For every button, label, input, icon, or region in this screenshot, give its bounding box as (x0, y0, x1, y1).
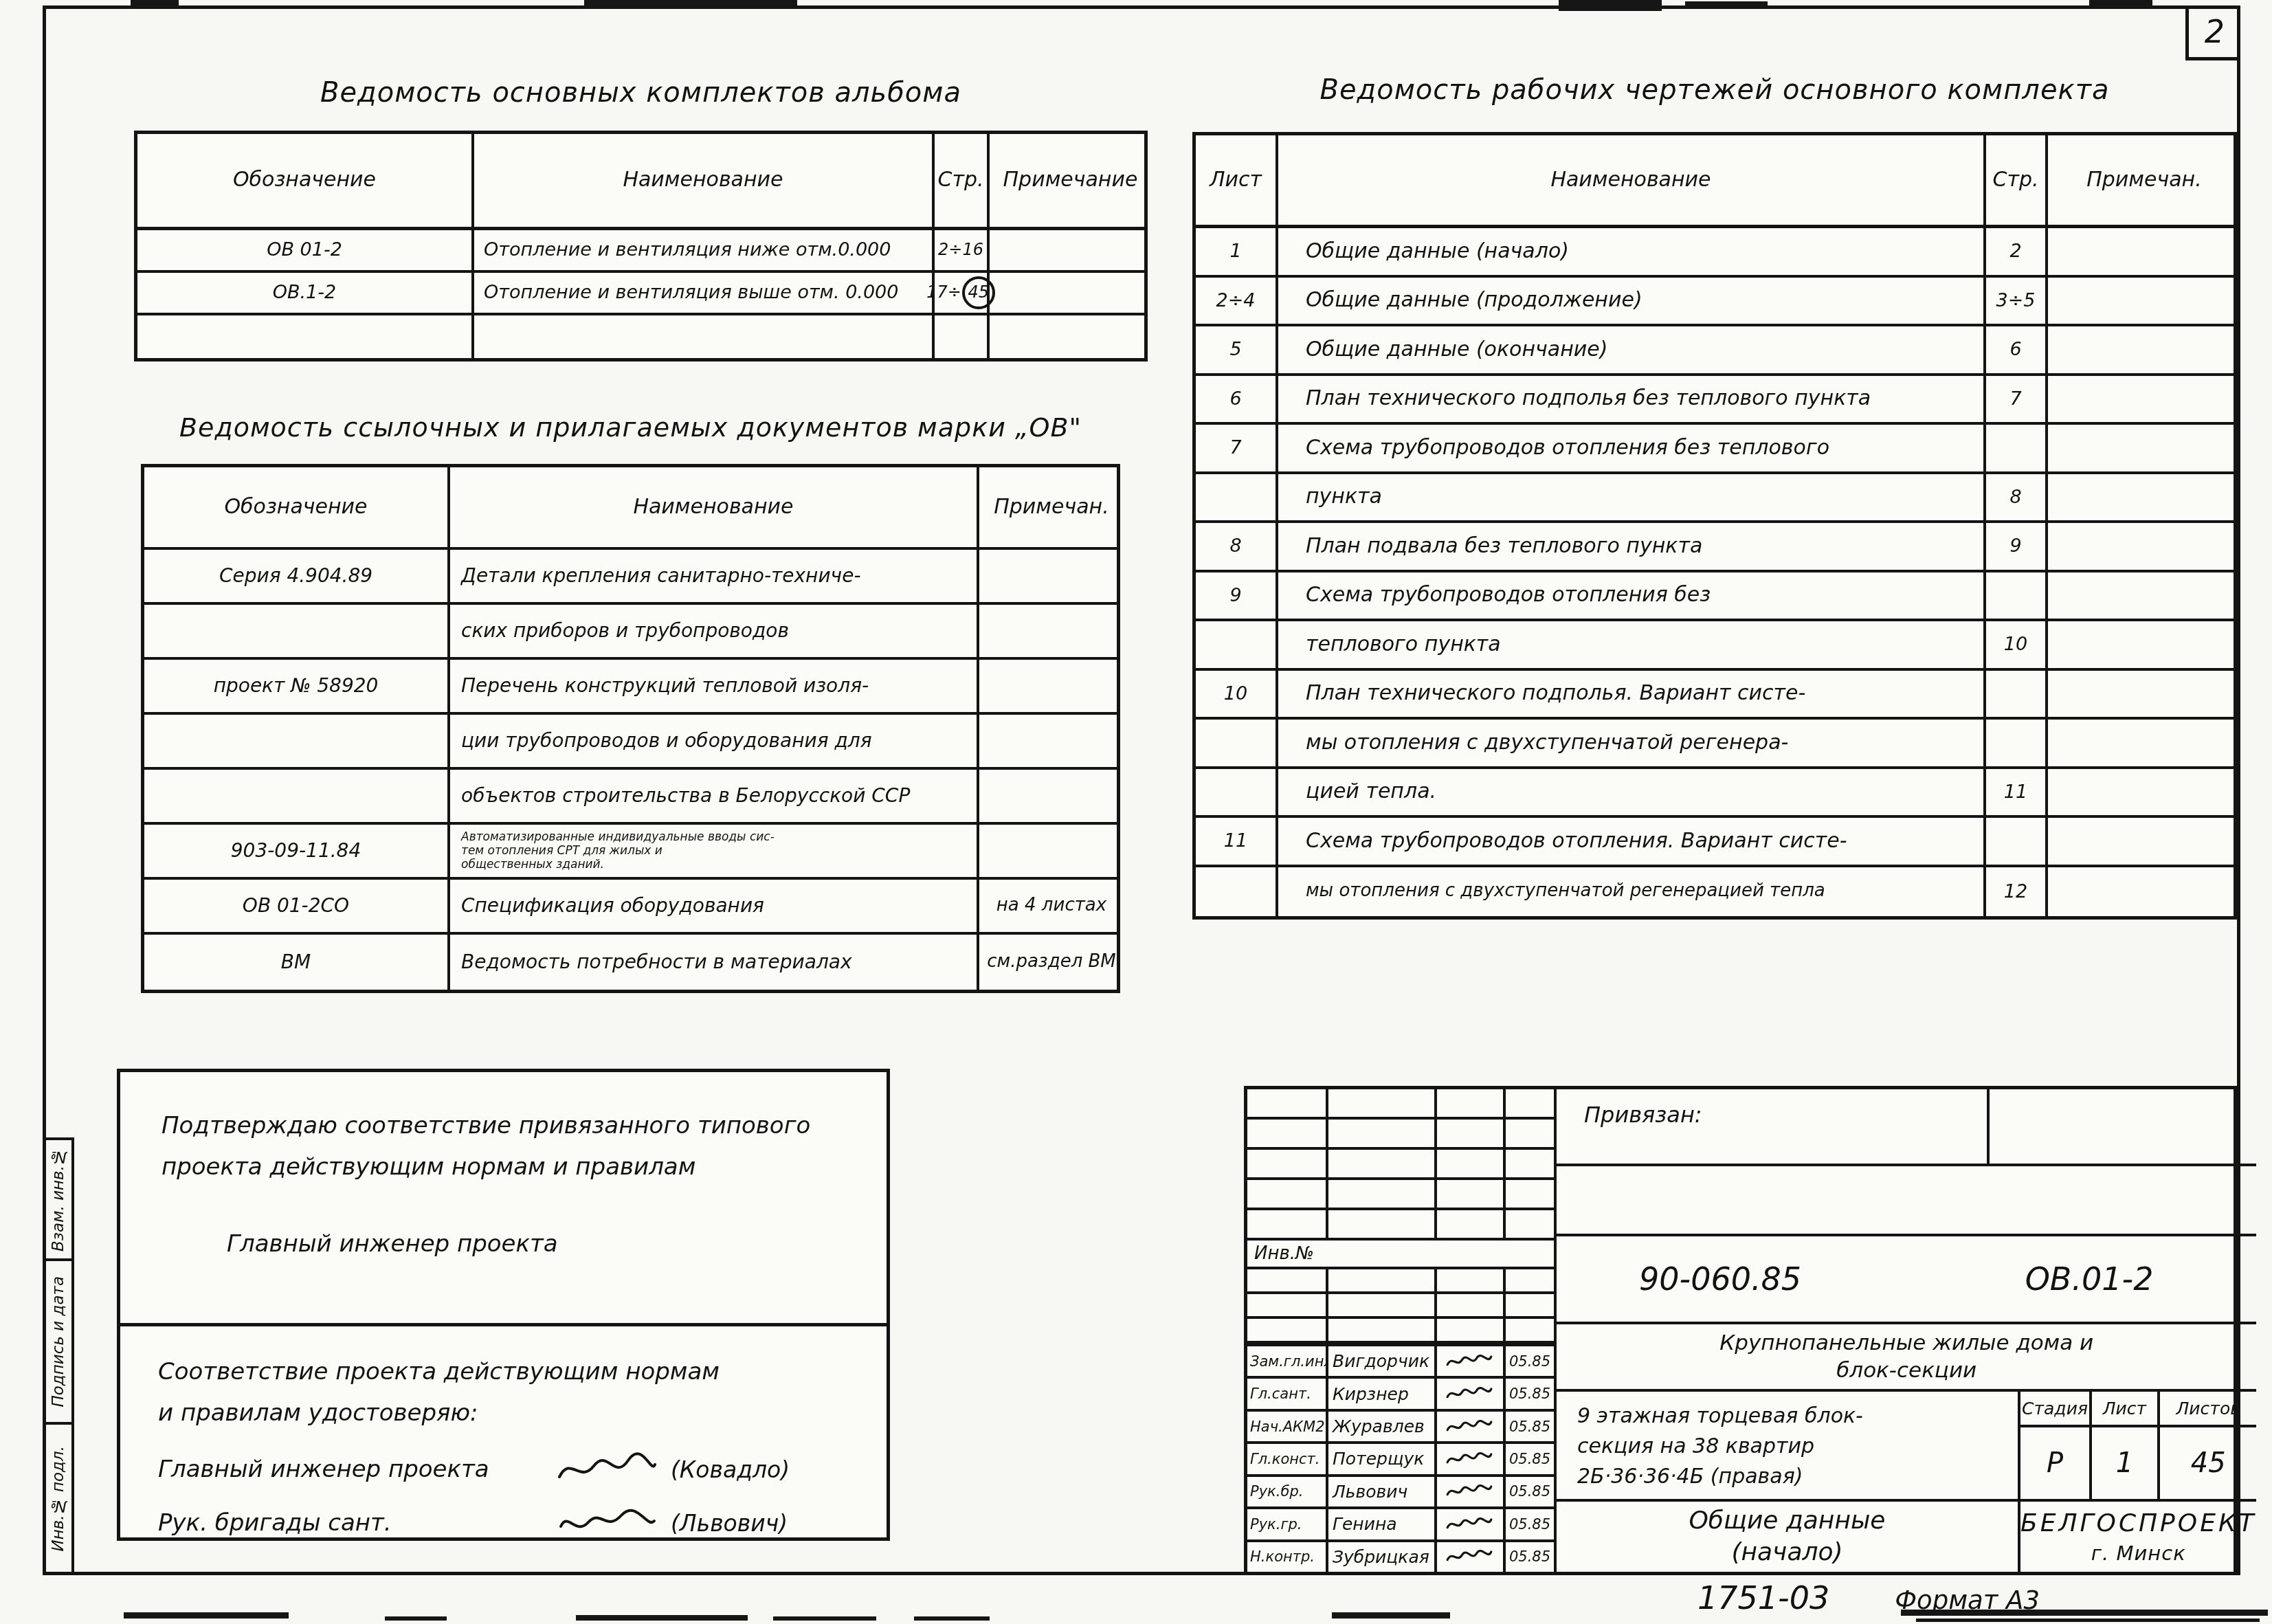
title-block-left-grid: Инв.№ Зам.гл.инж. Вигдорчик 05.85 Гл.сан… (1247, 1089, 1557, 1572)
album-table: Обозначение Наименование Стр. Примечание… (134, 131, 1148, 361)
cell-note (990, 315, 1151, 358)
column-header-page: Стр. (1986, 135, 2048, 225)
cell-list (1196, 474, 1278, 521)
cell-pages (935, 315, 990, 358)
cell-note (979, 550, 1124, 602)
table-row: 6 План технического подполья без теплово… (1196, 376, 2234, 425)
page-number: 2 (2205, 13, 2225, 50)
frame-side-strip: Взам. инв.№ Подпись и дата Инв.№ подл. (43, 1137, 74, 1575)
stage-value: Р (2020, 1427, 2092, 1499)
signature-cell (1437, 1444, 1506, 1473)
table-row: ВМ Ведомость потребности в материалах см… (144, 935, 1117, 990)
attestation-role: Рук. бригады сант. (158, 1509, 543, 1537)
column-header-name: Наименование (450, 467, 979, 547)
table-row (137, 315, 1144, 358)
cell-list (1196, 769, 1278, 816)
cell-designation: проект № 58920 (144, 660, 450, 712)
scan-artifact (1559, 0, 1662, 11)
cell-designation: 903-09-11.84 (144, 825, 450, 877)
cell-note (2048, 720, 2240, 766)
working-table-header: Лист Наименование Стр. Примечан. (1196, 135, 2234, 228)
table-row: ОВ 01-2СО Спецификация оборудования на 4… (144, 880, 1117, 935)
signature-cell (1437, 1379, 1506, 1408)
table-row: ских приборов и трубопроводов (144, 605, 1117, 660)
signature-line: Главный инженер проекта (Ковадло) (158, 1451, 856, 1487)
column-header-note: Примечан. (979, 467, 1124, 547)
signature-role: Рук.гр. (1247, 1509, 1328, 1539)
cell-designation (144, 605, 450, 657)
cell-note (2048, 278, 2240, 324)
cell-page (1986, 572, 2048, 619)
table-row: цией тепла. 11 (1196, 769, 2234, 819)
inventory-number-label: Инв.№ (1247, 1241, 1554, 1269)
cell-page (1986, 425, 2048, 471)
cell-designation: Серия 4.904.89 (144, 550, 450, 602)
table-row: 10 План технического подполья. Вариант с… (1196, 671, 2234, 720)
signature-cell (1437, 1509, 1506, 1539)
cell-name: План подвала без теплового пункта (1278, 523, 1986, 570)
revision-grid (1247, 1089, 1554, 1241)
cell-note (2048, 425, 2240, 471)
cell-note (990, 273, 1151, 313)
table-row: ОВ 01-2 Отопление и вентиляция ниже отм.… (137, 230, 1144, 273)
cell-name: объектов строительства в Белорусской ССР (450, 770, 979, 822)
object-line: 2Б·36·36·4Б (правая) (1577, 1462, 2018, 1492)
empty-row (1557, 1166, 2256, 1236)
signature-line: Рук. бригады сант. (Львович) (158, 1505, 856, 1541)
working-table: Лист Наименование Стр. Примечан. 1 Общие… (1192, 132, 2237, 920)
organization-name: БЕЛГОСПРОЕКТ (2020, 1509, 2256, 1537)
album-table-title: Ведомость основных комплектов альбома (134, 77, 1148, 109)
table-row: проект № 58920 Перечень конструкций тепл… (144, 660, 1117, 715)
strip-cell: Подпись и дата (45, 1258, 71, 1425)
signature-row: Гл.сант. Кирзнер 05.85 (1247, 1376, 1554, 1408)
project-title-line: блок-секции (1836, 1357, 1976, 1384)
sheet-label: Лист (2092, 1392, 2160, 1425)
working-table-rows: 1 Общие данные (начало) 2 2÷4 Общие данн… (1196, 228, 2234, 916)
scan-artifact (131, 0, 179, 8)
cell-name: Схема трубопроводов отопления. Вариант с… (1278, 818, 1986, 865)
handwritten-signature-icon (1440, 1385, 1499, 1403)
cell-pages: 17÷45 (935, 273, 990, 313)
column-header-list: Лист (1196, 135, 1278, 225)
cell-designation: ОВ.1-2 (137, 273, 474, 313)
table-row: мы отопления с двухступенчатой регенера- (1196, 720, 2234, 769)
table-row: мы отопления с двухступенчатой регенерац… (1196, 867, 2234, 917)
cell-list: 9 (1196, 572, 1278, 619)
strip-cell: Инв.№ подл. (45, 1425, 71, 1572)
handwritten-signature-icon (555, 1505, 658, 1541)
signature-date: 05.85 (1506, 1346, 1554, 1376)
signature-date: 05.85 (1506, 1444, 1554, 1473)
attestation-text: Соответствие проекта действующим нормам (158, 1351, 856, 1392)
attached-row: Привязан: (1557, 1089, 2256, 1166)
table-row: 903-09-11.84 Автоматизированные индивиду… (144, 825, 1117, 880)
handwritten-signature-icon (1440, 1450, 1499, 1468)
album-table-header: Обозначение Наименование Стр. Примечание (137, 134, 1144, 230)
cell-page (1986, 671, 2048, 718)
stage-sheet-block: Стадия Лист Листов Р 1 45 (2020, 1392, 2256, 1499)
signature-role: Гл.конст. (1247, 1444, 1328, 1473)
cell-name: Перечень конструкций тепловой изоля- (450, 660, 979, 712)
signature-cell (1437, 1542, 1506, 1572)
signature-role: Зам.гл.инж. (1247, 1346, 1328, 1376)
cell-page: 2 (1986, 228, 2048, 275)
document-number: 90-060.85 (1639, 1260, 1801, 1298)
name-line: ских приборов и трубопроводов (461, 620, 789, 642)
name-line: Ведомость потребности в материалах (461, 951, 852, 973)
project-title-row: Крупнопанельные жилые дома и блок-секции (1557, 1324, 2256, 1392)
cell-page: 10 (1986, 621, 2048, 668)
cell-name: Отопление и вентиляция выше отм. 0.000 (474, 273, 935, 313)
object-line: 9 этажная торцевая блок- (1577, 1401, 2018, 1432)
table-row: 8 План подвала без теплового пункта 9 (1196, 523, 2234, 572)
cell-list (1196, 867, 1278, 917)
signature-date: 05.85 (1506, 1379, 1554, 1408)
column-header-page: Стр. (935, 134, 990, 227)
cell-list: 8 (1196, 523, 1278, 570)
cell-note (979, 770, 1124, 822)
cell-note (979, 715, 1124, 767)
scan-artifact (576, 1615, 748, 1621)
cell-name: План технического подполья без теплового… (1278, 376, 1986, 423)
cell-designation (137, 315, 474, 358)
attached-label: Привязан: (1557, 1089, 1990, 1164)
title-block-right: Привязан: 90-060.85 ОВ.01-2 Крупнопанель… (1557, 1089, 2256, 1572)
sheet-title-line: (начало) (1731, 1537, 1842, 1568)
strip-label: Взам. инв.№ (49, 1148, 67, 1252)
cell-designation: ОВ 01-2СО (144, 880, 450, 932)
organization: БЕЛГОСПРОЕКТ г. Минск (2020, 1502, 2256, 1572)
footer-code: 1751-03 (1697, 1579, 1829, 1616)
table-row: теплового пункта 10 (1196, 621, 2234, 671)
attestation-box-2: Соответствие проекта действующим нормам … (117, 1326, 890, 1541)
signature-row: Зам.гл.инж. Вигдорчик 05.85 (1247, 1344, 1554, 1376)
signature-cell (1437, 1346, 1506, 1376)
scan-artifact (1901, 1610, 2268, 1616)
cell-name: Детали крепления санитарно-техниче- (450, 550, 979, 602)
column-header-name: Наименование (1278, 135, 1986, 225)
cell-page: 6 (1986, 326, 2048, 373)
cell-list (1196, 621, 1278, 668)
handwritten-signature-icon (1440, 1515, 1499, 1533)
attestation-text: и правилам удостоверяю: (158, 1392, 856, 1434)
strip-label: Подпись и дата (49, 1276, 67, 1408)
table-row: 5 Общие данные (окончание) 6 (1196, 326, 2234, 376)
sheet-title-row: Общие данные (начало) БЕЛГОСПРОЕКТ г. Ми… (1557, 1502, 2256, 1572)
cell-note (2048, 671, 2240, 718)
signature-name: Вигдорчик (1328, 1346, 1437, 1376)
cell-page (1986, 720, 2048, 766)
cell-list: 1 (1196, 228, 1278, 275)
cell-note (2048, 818, 2240, 865)
signature-row: Рук.бр. Львович 05.85 (1247, 1474, 1554, 1506)
handwritten-signature-icon (1440, 1418, 1499, 1436)
cell-designation: ОВ 01-2 (137, 230, 474, 270)
column-header-name: Наименование (474, 134, 935, 227)
table-row: 7 Схема трубопроводов отопления без тепл… (1196, 425, 2234, 474)
scan-artifact (1916, 1619, 2260, 1622)
handwritten-signature-icon (555, 1451, 658, 1487)
sheets-label: Листов (2160, 1392, 2256, 1425)
cell-name: Схема трубопроводов отопления без теплов… (1278, 425, 1986, 471)
cell-name: Ведомость потребности в материалах (450, 935, 979, 990)
cell-page: 12 (1986, 867, 2048, 917)
name-line: объектов строительства в Белорусской ССР (461, 785, 910, 807)
attestation-role: Главный инженер проекта (158, 1456, 543, 1483)
attestation-box-1: Подтверждаю соответствие привязанного ти… (117, 1069, 890, 1326)
signature-name: Кирзнер (1328, 1379, 1437, 1408)
cell-name: Общие данные (окончание) (1278, 326, 1986, 373)
stage-label: Стадия (2020, 1392, 2092, 1425)
scan-artifact (124, 1612, 289, 1619)
cell-name (474, 315, 935, 358)
strip-cell: Взам. инв.№ (45, 1140, 71, 1258)
page-number-box: 2 (2185, 5, 2240, 60)
object-description: 9 этажная торцевая блок- секция на 38 кв… (1557, 1392, 2020, 1499)
name-line: ции трубопроводов и оборудования для (461, 730, 872, 752)
signature-role: Нач.АКМ2 (1247, 1412, 1328, 1441)
signature-name: Генина (1328, 1509, 1437, 1539)
cell-note (2048, 769, 2240, 816)
table-row: ции трубопроводов и оборудования для (144, 715, 1117, 770)
cell-designation: ВМ (144, 935, 450, 990)
table-row: 9 Схема трубопроводов отопления без (1196, 572, 2234, 622)
cell-note (2048, 621, 2240, 668)
cell-name: План технического подполья. Вариант сист… (1278, 671, 1986, 718)
cell-designation (144, 770, 450, 822)
ref-table: Обозначение Наименование Примечан. Серия… (141, 464, 1120, 993)
scan-artifact (385, 1616, 447, 1621)
cell-name: ции трубопроводов и оборудования для (450, 715, 979, 767)
signature-row: Рук.гр. Генина 05.85 (1247, 1506, 1554, 1539)
cell-list: 11 (1196, 818, 1278, 865)
title-block: Инв.№ Зам.гл.инж. Вигдорчик 05.85 Гл.сан… (1244, 1086, 2237, 1575)
name-line: Детали крепления санитарно-техниче- (461, 565, 860, 587)
cell-note (2048, 867, 2240, 917)
signature-date: 05.85 (1506, 1542, 1554, 1572)
cell-page: 11 (1986, 769, 2048, 816)
cell-page: 8 (1986, 474, 2048, 521)
attestation-role: Главный инженер проекта (162, 1230, 849, 1258)
table-row: 2÷4 Общие данные (продолжение) 3÷5 (1196, 278, 2234, 327)
column-header-note: Примечан. (2048, 135, 2240, 225)
cell-note (2048, 376, 2240, 423)
object-line: секция на 38 квартир (1577, 1432, 2018, 1462)
cell-name: мы отопления с двухступенчатой регенера- (1278, 720, 1986, 766)
column-header-designation: Обозначение (137, 134, 474, 227)
ref-table-title: Ведомость ссылочных и прилагаемых докуме… (141, 412, 1120, 443)
cell-list: 7 (1196, 425, 1278, 471)
handwritten-signature-icon (1440, 1548, 1499, 1566)
strip-label: Инв.№ подл. (49, 1446, 67, 1551)
stage-sheet-header: Стадия Лист Листов (2020, 1392, 2256, 1427)
cell-pages: 2÷16 (935, 230, 990, 270)
handwritten-signature-icon (1440, 1353, 1499, 1370)
signature-row: Гл.конст. Потерщук 05.85 (1247, 1441, 1554, 1473)
signature-row: Н.контр. Зубрицкая 05.85 (1247, 1539, 1554, 1572)
sheet-title: Общие данные (начало) (1557, 1502, 2020, 1572)
table-row: ОВ.1-2 Отопление и вентиляция выше отм. … (137, 273, 1144, 315)
sheets-value: 45 (2160, 1427, 2256, 1499)
signature-role: Гл.сант. (1247, 1379, 1328, 1408)
scan-artifact (2089, 0, 2152, 8)
cell-note (979, 605, 1124, 657)
table-row: Серия 4.904.89 Детали крепления санитарн… (144, 550, 1117, 605)
pages-prefix: 17÷ (926, 283, 961, 302)
cell-page: 7 (1986, 376, 2048, 423)
cell-name: ских приборов и трубопроводов (450, 605, 979, 657)
scan-artifact (1332, 1612, 1450, 1619)
signature-name: Журавлев (1328, 1412, 1437, 1441)
cell-name: Отопление и вентиляция ниже отм.0.000 (474, 230, 935, 270)
document-code: ОВ.01-2 (2025, 1260, 2154, 1298)
cell-note (2048, 474, 2240, 521)
cell-name: Общие данные (начало) (1278, 228, 1986, 275)
sheet-title-line: Общие данные (1689, 1505, 1885, 1537)
cell-name: цией тепла. (1278, 769, 1986, 816)
cell-note: см.раздел ВМ (979, 935, 1124, 990)
cell-list (1196, 720, 1278, 766)
signature-date: 05.85 (1506, 1412, 1554, 1441)
name-line: Автоматизированные индивидуальные вводы … (461, 830, 775, 844)
cell-note (979, 825, 1124, 877)
signature-name: Потерщук (1328, 1444, 1437, 1473)
empty-cell (1990, 1089, 2256, 1164)
attestation-text: проекта действующим нормам и правилам (162, 1146, 849, 1188)
cell-list: 2÷4 (1196, 278, 1278, 324)
name-line: тем отопления СРТ для жилых и (461, 844, 662, 858)
ref-table-rows: Серия 4.904.89 Детали крепления санитарн… (144, 550, 1117, 990)
revision-grid (1247, 1269, 1554, 1344)
cell-note (2048, 228, 2240, 275)
column-header-note: Примечание (990, 134, 1151, 227)
scan-artifact (1685, 1, 1768, 8)
signature-cell (1437, 1477, 1506, 1506)
table-row: объектов строительства в Белорусской ССР (144, 770, 1117, 825)
cell-name: пункта (1278, 474, 1986, 521)
cell-note (2048, 326, 2240, 373)
cell-note: на 4 листах (979, 880, 1124, 932)
working-table-title: Ведомость рабочих чертежей основного ком… (1192, 74, 2237, 106)
table-row: 11 Схема трубопроводов отопления. Вариан… (1196, 818, 2234, 867)
name-line: Перечень конструкций тепловой изоля- (461, 675, 869, 697)
signature-table: Зам.гл.инж. Вигдорчик 05.85 Гл.сант. Кир… (1247, 1344, 1554, 1572)
signature-cell (1437, 1412, 1506, 1441)
cell-note (2048, 572, 2240, 619)
organization-city: г. Минск (2091, 1542, 2186, 1565)
table-row: 1 Общие данные (начало) 2 (1196, 228, 2234, 278)
cell-name: теплового пункта (1278, 621, 1986, 668)
project-title-line: Крупнопанельные жилые дома и (1719, 1329, 2093, 1357)
cell-note (990, 230, 1151, 270)
signature-role: Рук.бр. (1247, 1477, 1328, 1506)
document-numbers-row: 90-060.85 ОВ.01-2 (1557, 1236, 2256, 1324)
name-line: Спецификация оборудования (461, 895, 764, 917)
cell-name: Схема трубопроводов отопления без (1278, 572, 1986, 619)
signature-role: Н.контр. (1247, 1542, 1328, 1572)
scan-artifact (773, 1616, 876, 1621)
cell-name: мы отопления с двухступенчатой регенерац… (1278, 867, 1986, 917)
cell-designation (144, 715, 450, 767)
signature-date: 05.85 (1506, 1477, 1554, 1506)
signature-name: (Ковадло) (671, 1456, 790, 1483)
scan-artifact (914, 1616, 990, 1621)
ref-table-header: Обозначение Наименование Примечан. (144, 467, 1117, 550)
cell-page (1986, 818, 2048, 865)
handwritten-signature-icon (1440, 1482, 1499, 1500)
table-row: пункта 8 (1196, 474, 2234, 524)
scan-artifact (584, 0, 797, 8)
cell-note (2048, 523, 2240, 570)
cell-name: Спецификация оборудования (450, 880, 979, 932)
attestation-text: Подтверждаю соответствие привязанного ти… (162, 1105, 849, 1146)
signature-name: Зубрицкая (1328, 1542, 1437, 1572)
signature-name: (Львович) (671, 1510, 788, 1537)
object-row: 9 этажная торцевая блок- секция на 38 кв… (1557, 1392, 2256, 1502)
cell-name: Общие данные (продолжение) (1278, 278, 1986, 324)
signature-name: Львович (1328, 1477, 1437, 1506)
signature-date: 05.85 (1506, 1509, 1554, 1539)
cell-page: 3÷5 (1986, 278, 2048, 324)
cell-list: 5 (1196, 326, 1278, 373)
cell-list: 6 (1196, 376, 1278, 423)
cell-name: Автоматизированные индивидуальные вводы … (450, 825, 979, 877)
stage-sheet-values: Р 1 45 (2020, 1427, 2256, 1499)
column-header-designation: Обозначение (144, 467, 450, 547)
cell-list: 10 (1196, 671, 1278, 718)
sheet-value: 1 (2092, 1427, 2160, 1499)
cell-page: 9 (1986, 523, 2048, 570)
cell-note (979, 660, 1124, 712)
signature-row: Нач.АКМ2 Журавлев 05.85 (1247, 1409, 1554, 1441)
name-line: общественных зданий. (461, 858, 604, 871)
